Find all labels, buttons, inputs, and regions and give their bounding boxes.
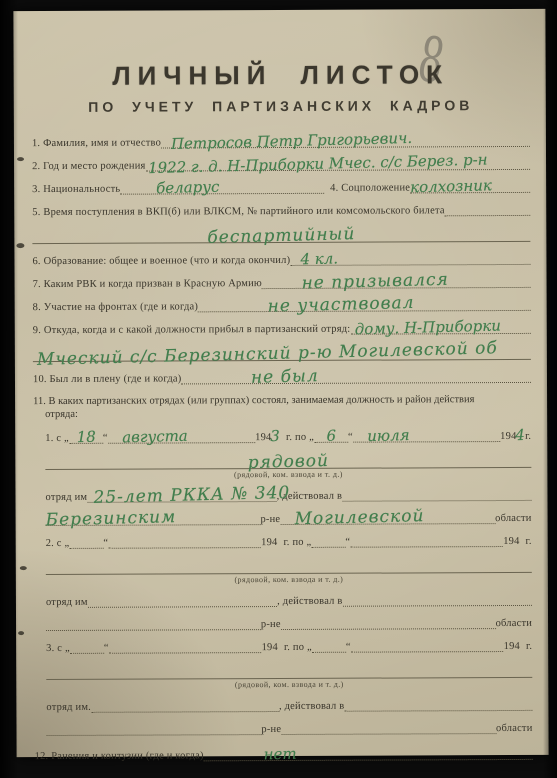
- field-surname-label: 1. Фамилия, имя и отчество: [32, 138, 161, 150]
- field-rvk-label: 7. Каким РВК и когда призван в Красную А…: [33, 278, 262, 290]
- form-fields: 1. Фамилия, имя и отчество Петросов Петр…: [32, 133, 533, 762]
- field-nationality-line: беларус: [120, 180, 324, 195]
- field-education-value: 4 кл.: [300, 251, 338, 266]
- field-fronts-label: 8. Участие на фронтах (где и когда): [33, 301, 198, 313]
- entry2-num: 2. с „: [46, 538, 70, 549]
- entry3-acted-label: , действовал в: [279, 701, 345, 712]
- entry1-otryad-row: отряд им 25-лет РККА № 340 , действовал …: [45, 487, 531, 503]
- field-captivity-row: 10. Был ли в плену (где и когда) не был: [33, 369, 531, 385]
- entry2-rank-hint: (рядовой, ком. взвода и т. д.): [46, 574, 532, 585]
- entry1-district-value: Березинским: [45, 510, 176, 527]
- entry1-to-day: 6: [326, 429, 336, 443]
- entry2-acted-line: [343, 592, 532, 607]
- field-origin-value2: Мческий с/с Березинский р-ю Могилевской …: [37, 341, 498, 367]
- field-surname-row: 1. Фамилия, имя и отчество Петросов Петр…: [32, 133, 530, 149]
- form-title: ЛИЧНЫЙ ЛИСТОК: [32, 59, 530, 92]
- field-nationality-row: 3. Национальность беларус 4. Соцположени…: [32, 179, 530, 195]
- entry3-oblast-line: [281, 720, 496, 735]
- entry1-to-year-digit: 4: [515, 428, 525, 442]
- entry3-otryad-label: отряд им.: [46, 702, 91, 713]
- entry2-otryad-label: отряд им: [46, 597, 88, 608]
- entry1-otryad-label: отряд им: [45, 492, 87, 503]
- service-entry-3: 3. с „ “ 194 г. по „ “ 194 г. (рядовой, …: [34, 638, 532, 736]
- field-units-label: 11. В каких партизанских отрядах (или гр…: [33, 394, 474, 407]
- entry2-to-day-line: [311, 534, 345, 548]
- field-surname-value: Петросов Петр Григорьевич.: [171, 131, 413, 151]
- entry2-dates-row: 2. с „ “ 194 г. по „ “ 194 г.: [46, 533, 532, 549]
- entry1-region-row: Березинским р-не Могилевской области: [46, 510, 532, 526]
- entry3-acted-line: [344, 697, 532, 712]
- entry3-from-day-line: [70, 640, 104, 654]
- field-rvk-value: не призывался: [302, 273, 450, 291]
- field-origin-line2: Мческий с/с Березинский р-ю Могилевской …: [33, 344, 531, 362]
- entry1-from-year-digit: 3: [270, 429, 280, 443]
- field-party-row: 5. Время поступления в ВКП(б) или ВЛКСМ,…: [32, 202, 530, 218]
- entry3-rank-line: [46, 662, 532, 680]
- entry2-to-month-line: [350, 533, 503, 548]
- entry3-district-label: р-не: [261, 724, 281, 735]
- entry2-to-year-printed: 194: [503, 536, 519, 547]
- entry1-from-month-line: августа: [108, 429, 255, 444]
- entry2-from-year-printed: 194: [261, 537, 277, 548]
- entry1-rank-value: рядовой: [248, 454, 330, 470]
- field-wounds-label: 12. Ранения и контузии (где и когда): [35, 750, 204, 762]
- field-party-line2: беспартийный: [32, 226, 530, 244]
- entry2-oblast-label: области: [496, 618, 533, 629]
- service-entry-2: 2. с „ “ 194 г. по „ “ 194 г. (рядовой, …: [34, 533, 532, 631]
- field-captivity-line: не был: [181, 369, 531, 385]
- field-birth-value: 1922 г. д. Н-Приборки Мчес. с/с Берез. р…: [147, 153, 487, 176]
- field-fronts-row: 8. Участие на фронтах (где и когда) не у…: [33, 297, 531, 313]
- entry2-district-line: [46, 616, 261, 631]
- entry1-otryad-line: 25-лет РККА № 340: [87, 488, 276, 503]
- entry1-acted-line: [342, 487, 531, 502]
- field-party-label: 5. Время поступления в ВКП(б) или ВЛКСМ,…: [32, 205, 445, 218]
- entry3-otryad-row: отряд им. , действовал в: [46, 697, 532, 713]
- entry1-oblast-value: Могилевской: [294, 509, 424, 526]
- field-captivity-value: не был: [251, 369, 319, 385]
- entry1-to-day-line: 6: [314, 429, 348, 443]
- field-education-line: 4 кл.: [290, 251, 530, 266]
- entry1-oblast-label: области: [495, 513, 532, 524]
- field-birth-label: 2. Год и место рождения: [32, 161, 146, 172]
- entry3-mid: г. по „: [284, 642, 312, 653]
- field-fronts-value: не участвовал: [268, 296, 415, 314]
- entry1-from-year-printed: 194: [255, 432, 271, 443]
- entry1-rank-line: рядовой: [45, 452, 531, 470]
- entry3-from-month-line: [109, 639, 262, 654]
- field-rvk-row: 7. Каким РВК и когда призван в Красную А…: [33, 274, 531, 290]
- entry2-mid: г. по „: [283, 537, 311, 548]
- entry1-district-label: р-не: [260, 514, 280, 525]
- field-wounds-value: нет: [264, 747, 297, 762]
- entry3-otryad-line: [91, 698, 279, 713]
- scan-artifact: [18, 631, 24, 635]
- field-fronts-line: не участвовал: [198, 297, 531, 312]
- entry2-rank-line: [46, 557, 532, 575]
- entry3-num: 3. с „: [46, 643, 70, 654]
- field-origin-value1: дому. Н-Приборки: [354, 319, 500, 337]
- entry2-acted-label: , действовал в: [277, 596, 343, 607]
- entry2-oblast-line: [281, 615, 496, 630]
- field-party-value: беспартийный: [207, 227, 355, 245]
- entry1-district-line: Березинским: [46, 511, 261, 526]
- field-nationality-value: беларус: [156, 180, 220, 196]
- entry2-from-day-line: [69, 535, 103, 549]
- field-party-line: [445, 202, 531, 216]
- entry1-mid: г. по „: [286, 432, 314, 443]
- entry2-from-month-line: [108, 534, 261, 549]
- field-education-label: 6. Образование: общее и военное (что и к…: [32, 255, 290, 267]
- entry3-to-year-printed: 194: [504, 641, 520, 652]
- field-birth-line: 1922 г. д. Н-Приборки Мчес. с/с Берез. р…: [146, 156, 531, 172]
- entry1-from-month: августа: [122, 429, 188, 445]
- scan-artifact: [17, 157, 24, 161]
- form-content: ЛИЧНЫЙ ЛИСТОК ПО УЧЕТУ ПАРТИЗАНСКИХ КАДР…: [31, 9, 532, 762]
- entry1-otryad-value: 25-лет РККА № 340: [93, 486, 290, 505]
- field-units-header: 11. В каких партизанских отрядах (или гр…: [33, 393, 531, 421]
- entry2-region-row: р-не области: [46, 615, 532, 631]
- entry1-to-year-printed: 194: [500, 431, 516, 442]
- field-units-label2: отряда:: [33, 409, 78, 420]
- field-origin-row: 9. Откуда, когда и с какой должности при…: [33, 320, 531, 336]
- entry2-otryad-row: отряд им , действовал в: [46, 592, 532, 608]
- field-nationality-label: 3. Национальность: [32, 184, 120, 195]
- entry3-dates-row: 3. с „ “ 194 г. по „ “ 194 г.: [46, 638, 532, 654]
- entry3-district-line: [46, 721, 261, 736]
- field-wounds-line: нет: [204, 746, 533, 761]
- entry1-num: 1. с „: [45, 433, 69, 444]
- field-education-row: 6. Образование: общее и военное (что и к…: [32, 251, 530, 267]
- scan-artifact: [20, 566, 27, 570]
- entry1-from-day: 18: [76, 430, 95, 444]
- field-captivity-label: 10. Был ли в плену (где и когда): [33, 373, 181, 385]
- entry3-year-suffix: г.: [526, 641, 532, 652]
- entry1-dates-row: 1. с „ 18 “ августа 1943 г. по „ 6 “: [45, 428, 531, 444]
- field-rvk-line: не призывался: [262, 274, 531, 289]
- entry1-to-month-line: июля: [353, 428, 500, 443]
- form-subtitle: ПО УЧЕТУ ПАРТИЗАНСКИХ КАДРОВ: [32, 97, 530, 115]
- service-entry-1: 1. с „ 18 “ августа 1943 г. по „ 6 “: [33, 428, 531, 526]
- entry3-to-day-line: [312, 639, 346, 653]
- field-social-label: 4. Соцположение: [330, 182, 410, 193]
- entry1-to-month: июля: [367, 428, 410, 443]
- field-origin-line: дому. Н-Приборки: [350, 320, 530, 335]
- entry2-otryad-line: [88, 593, 277, 608]
- scanned-form-page: 8 ЛИЧНЫЙ ЛИСТОК ПО УЧЕТУ ПАРТИЗАНСКИХ КА…: [13, 9, 548, 757]
- entry2-year-suffix: г.: [526, 536, 532, 547]
- field-social-line: колхозник: [410, 179, 530, 194]
- entry2-district-label: р-не: [261, 619, 281, 630]
- entry3-oblast-label: области: [496, 723, 533, 734]
- field-social-value: колхозник: [410, 178, 492, 194]
- field-birth-row: 2. Год и место рождения 1922 г. д. Н-При…: [32, 156, 530, 172]
- field-wounds-row: 12. Ранения и контузии (где и когда) нет: [35, 746, 533, 762]
- field-origin-label: 9. Откуда, когда и с какой должности при…: [33, 324, 351, 336]
- entry3-to-month-line: [351, 638, 504, 653]
- entry1-oblast-line: Могилевской: [280, 510, 495, 525]
- entry1-year-suffix: г.: [525, 431, 531, 442]
- entry3-rank-hint: (рядовой, ком. взвода и т. д.): [46, 679, 532, 690]
- entry1-from-day-line: 18: [69, 430, 103, 444]
- entry3-from-year-printed: 194: [262, 642, 278, 653]
- field-surname-line: Петросов Петр Григорьевич.: [161, 133, 530, 149]
- scan-artifact: [16, 243, 24, 248]
- entry3-region-row: р-не области: [46, 720, 532, 736]
